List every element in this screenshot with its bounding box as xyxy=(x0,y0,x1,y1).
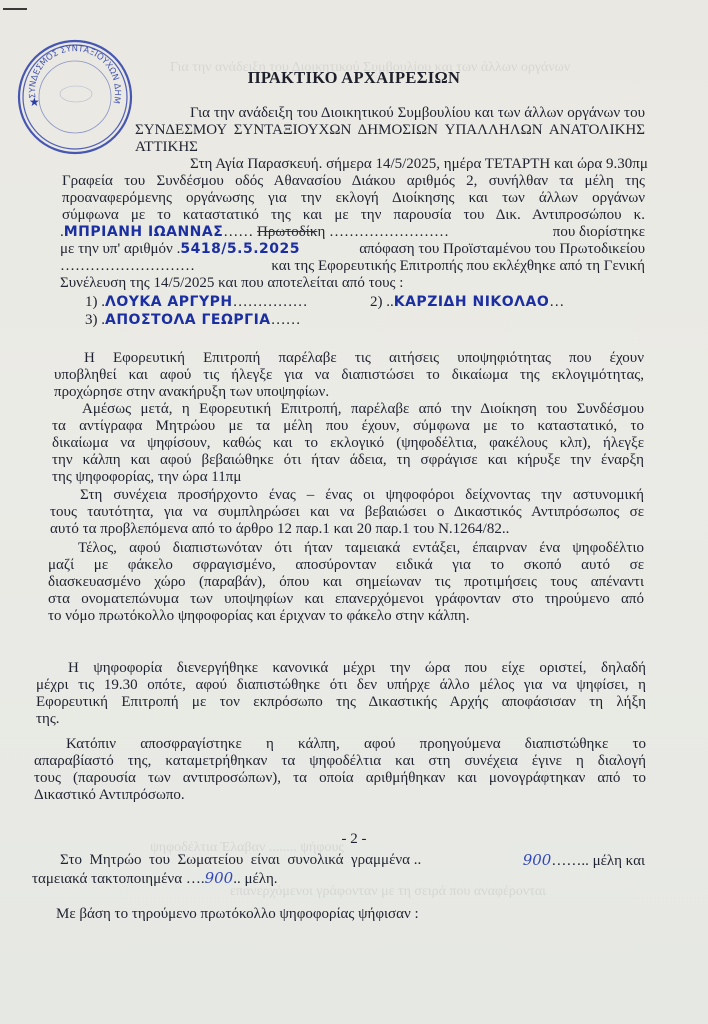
representative-name-handwritten: ΜΠΡΙΑΝΗ ΙΩΑΝΝΑΣ xyxy=(64,224,224,240)
paragraph-line: Αμέσως μετά, η Εφορευτική Επιτροπή, παρέ… xyxy=(52,401,644,418)
member-name-handwritten: ΚΑΡΖΙΔΗ ΝΙΚΟΛΑΟ xyxy=(394,294,549,310)
paragraph-line: τους (παρουσία των αντιπροσώπων), τα οπο… xyxy=(34,770,646,787)
paragraph-line: Η ψηφοφορία διενεργήθηκε κανονικά μέχρι … xyxy=(36,660,646,677)
document-page: Για την ανάδειξη του Διοικητικού Συμβουλ… xyxy=(0,0,708,1024)
intro-line: ΣΥΝΔΕΣΜΟΥ ΣΥΝΤΑΞΙΟΥΧΩΝ ΔΗΜΟΣΙΩΝ ΥΠΑΛΛΗΛΩ… xyxy=(135,122,645,139)
assembly-line: Συνέλευση της 14/5/2025 και που αποτελεί… xyxy=(60,275,403,292)
paragraph-line: υποβληθεί και αφού τις ήλεγξε για να δια… xyxy=(54,367,644,384)
meeting-line: προαναφερόμενης οργάνωσης για την εκλογή… xyxy=(62,190,645,207)
paragraph-line: στα ονοματεπώνυμα των υποψηφίων και επαν… xyxy=(48,591,644,608)
closing-line: Με βάση το τηρούμενο πρωτόκολλο ψηφοφορί… xyxy=(56,906,419,923)
paragraph-line: τους ταυτότητα, για να συμπληρώσει και ν… xyxy=(50,504,644,521)
document-title: ΠΡΑΚΤΙΚΟ ΑΡΧΑΙΡΕΣΙΩΝ xyxy=(0,68,708,88)
paragraph-line: διασκευασμένο χώρο (παραβάν), όπου και σ… xyxy=(48,574,644,591)
representative-line: .ΜΠΡΙΑΝΗ ΙΩΑΝΝΑΣ…… Πρωτοδίκη …………………… πο… xyxy=(60,224,645,241)
registered-members-handwritten: 900 xyxy=(523,851,552,869)
intro-line: Για την ανάδειξη του Διοικητικού Συμβουλ… xyxy=(135,105,645,122)
paragraph-line: της ψηφοφορίας, την ώρα 11πμ xyxy=(52,469,241,486)
paragraph-line: Τέλος, αφού διαπιστωνόταν ότι ήταν ταμει… xyxy=(48,540,644,557)
intro-line: ΑΤΤΙΚΗΣ xyxy=(135,139,198,156)
paragraph-line: Η Εφορευτική Επιτροπή παρέλαβε τις αιτήσ… xyxy=(54,350,644,367)
paragraph-line: της. xyxy=(36,711,60,728)
member-name-handwritten: ΑΠΟΣΤΟΛΑ ΓΕΩΡΓΙΑ xyxy=(105,312,271,328)
meeting-line: Γραφεία του Συνδέσμου οδός Αθανασίου Διά… xyxy=(62,173,645,190)
union-seal-stamp-icon: ΣΥΝΔΕΣΜΟΣ ΣΥΝΤΑΞΙΟΥΧΩΝ ΔΗΜ. ΥΠΑΛ. ΑΝΑΤ. … xyxy=(16,38,134,156)
meeting-line: Στη Αγία Παρασκευή. σήμερα 14/5/2025, ημ… xyxy=(190,156,645,173)
appointed-text: που διορίστηκε xyxy=(553,224,645,241)
paragraph-line: την κάλπη και αφού βεβαιώθηκε ότι ήταν ά… xyxy=(52,452,644,469)
paragraph-line: δικαίωμα να ψηφίσουν, καθώς και το εκλογ… xyxy=(52,435,644,452)
decision-number-handwritten: 5418/5.5.2025 xyxy=(180,241,300,257)
registry-line-2: ταμειακά τακτοποιημένα ….900.. μέλη. xyxy=(32,870,278,888)
decision-line: με την υπ' αριθμόν .5418/5.5.2025 απόφασ… xyxy=(60,241,645,258)
paragraph-line: μαζί με φάκελο σφραγισμένο, αποσύρονταν … xyxy=(48,557,644,574)
committee-line: ……………………… και της Εφορευτικής Επιτροπής … xyxy=(60,258,645,275)
paragraph-line: Δικαστικό Αντιπρόσωπο. xyxy=(34,787,185,804)
page-number: - 2 - xyxy=(0,831,708,848)
svg-text:★: ★ xyxy=(29,95,40,109)
paragraph-line: Εφορευτική Επιτροπή με τον εκπρόσωπο της… xyxy=(36,694,646,711)
paragraph-line: τα αντίγραφα Μητρώου με τα μέλη που έχου… xyxy=(52,418,644,435)
struck-word: Πρωτοδίκ xyxy=(257,224,317,240)
paragraph-line: Στη συνέχεια προσήρχοντο ένας – ένας οι … xyxy=(50,487,644,504)
committee-member: 3) .ΑΠΟΣΤΟΛΑ ΓΕΩΡΓΙΑ…… xyxy=(85,312,301,329)
paragraph-line: αυτό τα προβλεπόμενα από το άρθρο 12 παρ… xyxy=(50,521,509,538)
member-name-handwritten: ΛΟΥΚΑ ΑΡΓΥΡΗ xyxy=(105,294,233,310)
committee-member: 1) .ΛΟΥΚΑ ΑΡΓΥΡΗ…………… xyxy=(85,294,308,311)
paragraph-line: Κατόπιν αποσφραγίστηκε η κάλπη, αφού προ… xyxy=(34,736,646,753)
corner-mark xyxy=(3,8,27,10)
registry-line-1: Στο Μητρώο του Σωματείου είναι συνολικά … xyxy=(60,852,645,870)
paragraph-line: το νόμο πρωτόκολλο ψηφοφορίας και έριχνα… xyxy=(48,608,470,625)
paragraph-line: απαραβίαστό της, καταμετρήθηκαν τα ψηφοδ… xyxy=(34,753,646,770)
paragraph-line: προχώρησε στην ανακήρυξη των υποψηφίων. xyxy=(54,384,329,401)
meeting-line: σύμφωνα με το καταστατικό της και με την… xyxy=(62,207,645,224)
committee-member: 2) ..ΚΑΡΖΙΔΗ ΝΙΚΟΛΑΟ… xyxy=(370,294,564,311)
paragraph-line: μέχρι τις 19.30 οπότε, αφού διαπιστώθηκε… xyxy=(36,677,646,694)
paid-members-handwritten: 900 xyxy=(205,869,234,887)
